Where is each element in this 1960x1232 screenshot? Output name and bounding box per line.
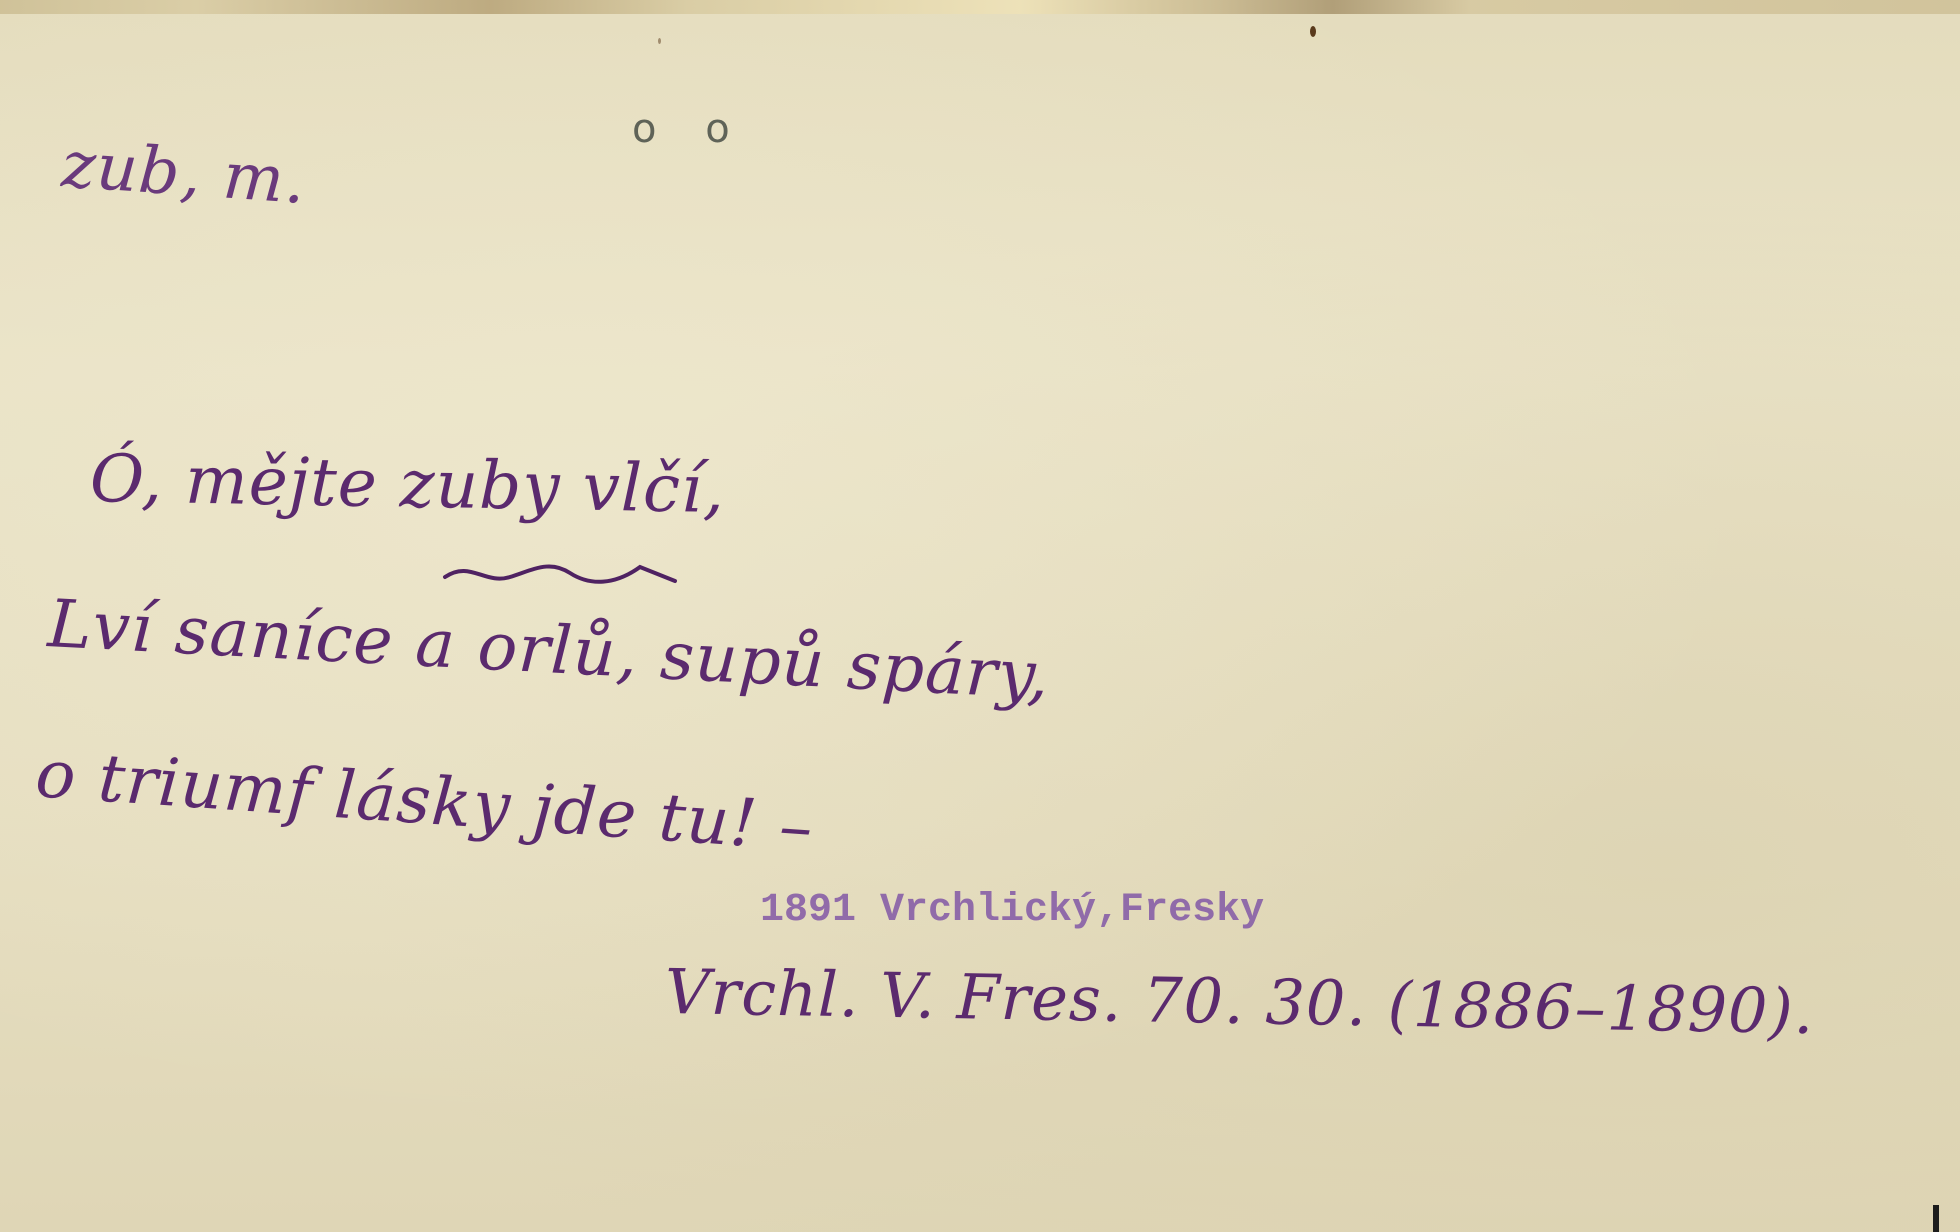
underline-mark — [440, 555, 680, 595]
paper-speck — [1310, 26, 1316, 37]
quotation-line-1: Ó, mějte zuby vlčí, — [89, 440, 725, 528]
card-top-edge — [0, 0, 1960, 14]
source-stamp: 1891 Vrchlický,Fresky — [760, 888, 1264, 933]
index-card: zub, m. o o Ó, mějte zuby vlčí, Lví saní… — [0, 0, 1960, 1232]
headword: zub, m. — [59, 128, 308, 219]
card-edge-mark — [1933, 1205, 1939, 1232]
quotation-line-2: Lví saníce a orlů, supů spáry, — [46, 585, 1052, 714]
quotation-line-3: o triumf lásky jde tu! – — [33, 735, 816, 866]
paper-speck — [658, 38, 661, 44]
pencil-mark: o o — [632, 106, 748, 152]
source-reference: Vrchl. V. Fres. 70. 30. (1886–1890). — [664, 955, 1815, 1048]
